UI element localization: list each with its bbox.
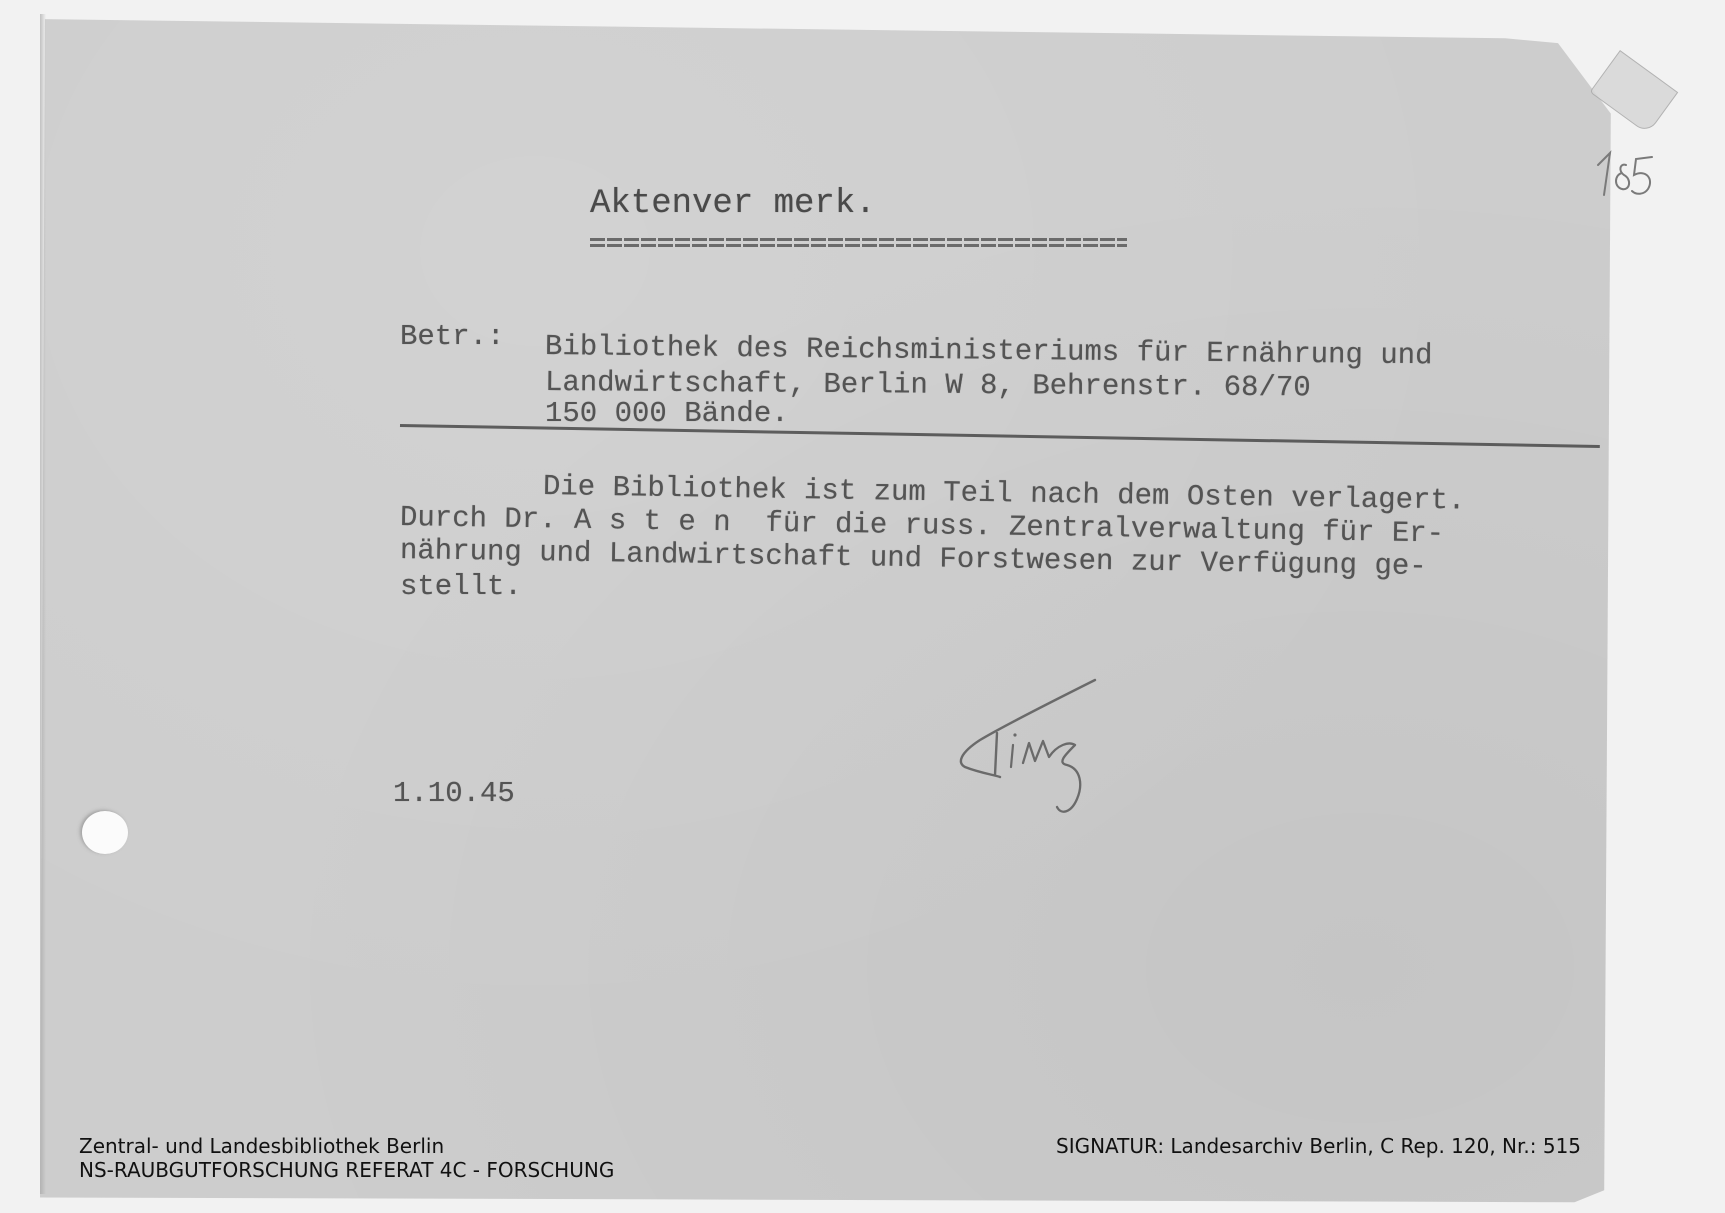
title-double-underline [590, 238, 1127, 248]
scanned-document: Aktenver merk. Betr.: Bibliothek des Rei… [0, 0, 1725, 1213]
document-title: Aktenver merk. [590, 185, 876, 223]
footer-library-credit: Zentral- und Landesbibliothek Berlin NS-… [79, 1134, 614, 1182]
document-date: 1.10.45 [393, 777, 515, 810]
handwritten-signature [945, 675, 1135, 825]
footer-signature-reference: SIGNATUR: Landesarchiv Berlin, C Rep. 12… [1056, 1134, 1581, 1158]
footer-library-name: Zentral- und Landesbibliothek Berlin [79, 1134, 614, 1158]
folio-number-handwritten [1590, 135, 1665, 205]
subject-line: 150 000 Bände. [545, 397, 789, 430]
body-line: stellt. [400, 570, 522, 603]
punch-hole [82, 811, 128, 854]
sheet-edge-shadow [40, 14, 46, 1194]
footer-department: NS-RAUBGUTFORSCHUNG REFERAT 4C - FORSCHU… [79, 1158, 614, 1182]
subject-label: Betr.: [400, 320, 504, 353]
